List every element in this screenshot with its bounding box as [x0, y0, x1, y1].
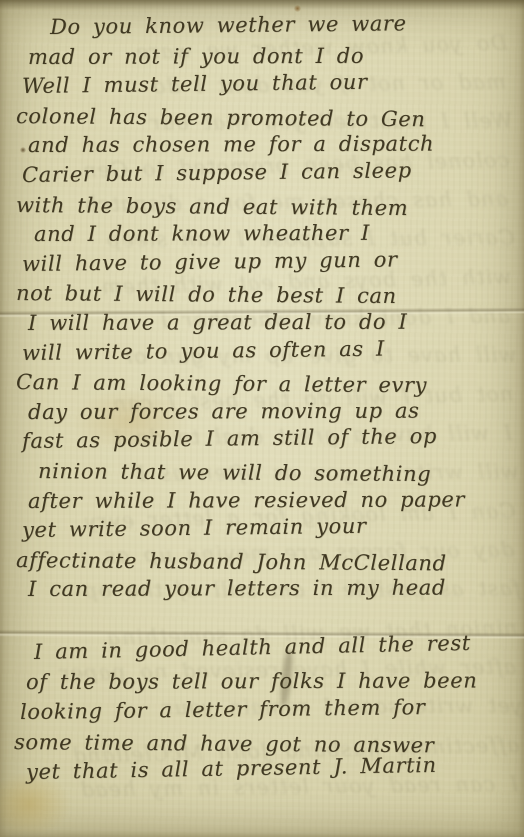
letter-line: will have to give up my gun or	[22, 244, 516, 280]
letter-line: Carier but I suppose I can sleep	[22, 155, 516, 191]
letter-line: yet write soon I remain your	[22, 510, 516, 546]
letter-line: will write to you as often as I	[22, 332, 516, 368]
letter-line: I can read your letters in my head	[28, 574, 516, 605]
letter-page: Do you know wether we waremad or not if …	[0, 0, 524, 837]
letter-postscript: I am in good health and all the restof t…	[14, 637, 516, 787]
letter-line: fast as posible I am still of the op	[22, 421, 516, 457]
letter-line: Do you know wether we ware	[50, 8, 516, 42]
letter-line: I am in good health and all the rest	[34, 627, 517, 667]
letter-body: Do you know wether we waremad or not if …	[16, 13, 516, 605]
letter-line: looking for a letter from them for	[20, 691, 516, 727]
letter-line: Well I must tell you that our	[22, 66, 516, 102]
